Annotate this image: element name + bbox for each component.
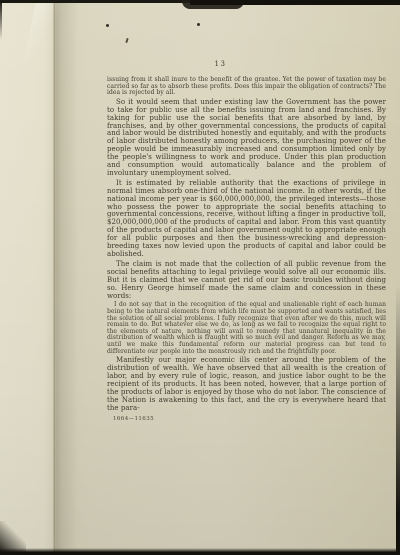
scanned-book-page: 13 issuing from it shall inure to the be… (0, 0, 400, 555)
scan-edge-right (396, 285, 400, 555)
scan-edge-top-left (0, 0, 196, 3)
page-text-block: 13 issuing from it shall inure to the be… (107, 60, 386, 422)
body-paragraph-manifestly: Manifestly our major economic ills cente… (107, 357, 386, 412)
continuation-paragraph: issuing from it shall inure to the benef… (107, 77, 386, 97)
footer-plate-number: 1664—11635 (113, 416, 386, 422)
binding-crease-shadow (56, 0, 78, 555)
scan-speck (197, 23, 200, 26)
scan-speck (106, 24, 109, 27)
scan-edge-left (0, 0, 2, 40)
page-number: 13 (81, 60, 360, 68)
scan-edge-bottom-left-corner (0, 521, 26, 555)
scan-edge-top-right (190, 0, 400, 5)
scan-edge-bottom (0, 548, 400, 555)
quote-block-henry-george: I do not say that in the recognition of … (107, 302, 386, 355)
body-paragraph-existing-law: So it would seem that under existing law… (107, 99, 386, 178)
scan-speck (125, 38, 128, 43)
body-paragraph-claim: The claim is not made that the collectio… (107, 261, 386, 301)
body-paragraph-estimate: It is estimated by reliable authority th… (107, 180, 386, 259)
